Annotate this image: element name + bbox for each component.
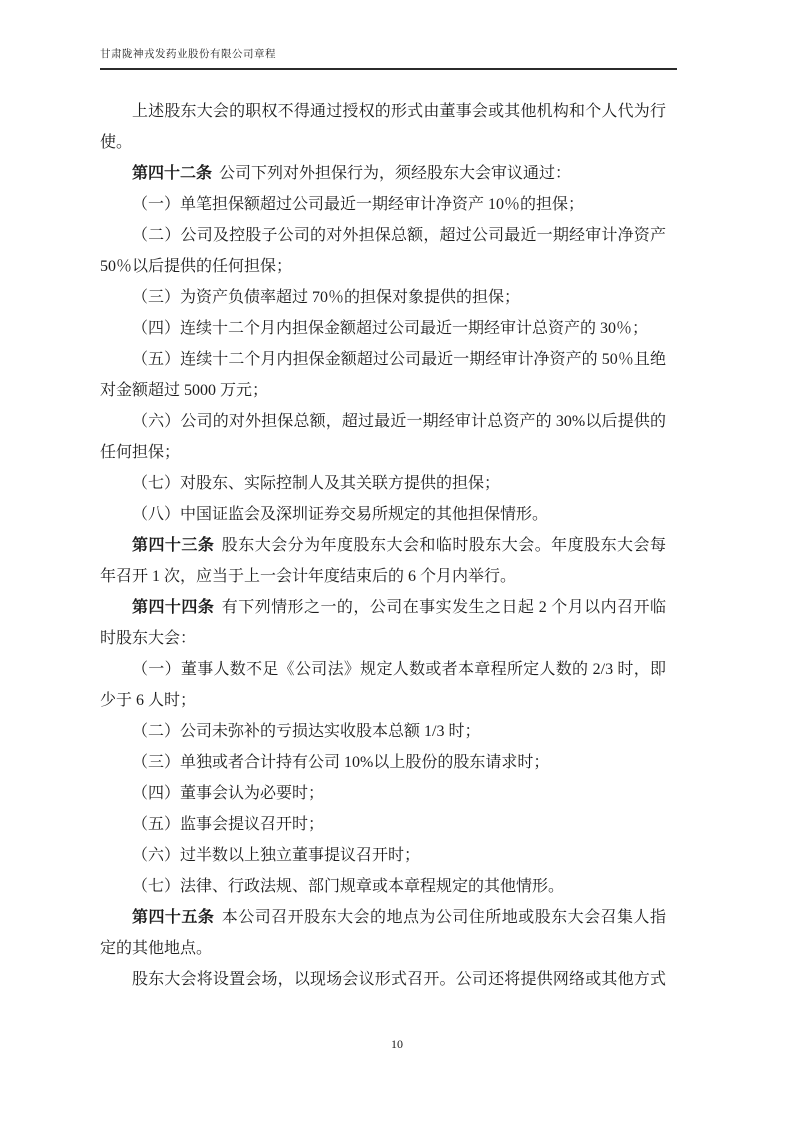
paragraph: 上述股东大会的职权不得通过授权的形式由董事会或其他机构和个人代为行使。	[100, 96, 666, 158]
paragraph: 股东大会将设置会场，以现场会议形式召开。公司还将提供网络或其他方式	[100, 964, 666, 995]
paragraph-text: （六）过半数以上独立董事提议召开时；	[132, 847, 420, 864]
paragraph-text: （三）单独或者合计持有公司 10%以上股份的股东请求时；	[132, 754, 549, 771]
paragraph: （七）对股东、实际控制人及其关联方提供的担保；	[100, 468, 666, 499]
paragraph: （三）单独或者合计持有公司 10%以上股份的股东请求时；	[100, 747, 666, 778]
article-number: 第四十二条	[132, 165, 212, 182]
paragraph: （五）监事会提议召开时；	[100, 809, 666, 840]
paragraph-text: （五）监事会提议召开时；	[132, 816, 324, 833]
paragraph-text: （七）法律、行政法规、部门规章或本章程规定的其他情形。	[132, 878, 564, 895]
paragraph: （六）公司的对外担保总额，超过最近一期经审计总资产的 30%以后提供的任何担保；	[100, 406, 666, 468]
paragraph: 第四十三条 股东大会分为年度股东大会和临时股东大会。年度股东大会每年召开 1 次…	[100, 530, 666, 592]
paragraph-text: 公司下列对外担保行为，须经股东大会审议通过：	[215, 165, 571, 182]
article-number: 第四十五条	[132, 909, 214, 926]
page-footer: 10	[0, 1036, 794, 1052]
paragraph-text: （七）对股东、实际控制人及其关联方提供的担保；	[132, 475, 500, 492]
paragraph: （五）连续十二个月内担保金额超过公司最近一期经审计净资产的 50％且绝对金额超过…	[100, 344, 666, 406]
header-title: 甘肃陇神戎发药业股份有限公司章程	[100, 49, 276, 60]
paragraph-text: （八）中国证监会及深圳证券交易所规定的其他担保情形。	[132, 506, 548, 523]
paragraph-text: （四）董事会认为必要时；	[132, 785, 324, 802]
paragraph: （八）中国证监会及深圳证券交易所规定的其他担保情形。	[100, 499, 666, 530]
paragraph: （四）连续十二个月内担保金额超过公司最近一期经审计总资产的 30％；	[100, 313, 666, 344]
paragraph: （二）公司及控股子公司的对外担保总额，超过公司最近一期经审计净资产 50％以后提…	[100, 220, 666, 282]
paragraph: （一）单笔担保额超过公司最近一期经审计净资产 10％的担保；	[100, 189, 666, 220]
paragraph-text: （五）连续十二个月内担保金额超过公司最近一期经审计净资产的 50％且绝对金额超过…	[100, 351, 666, 399]
paragraph-text: （二）公司及控股子公司的对外担保总额，超过公司最近一期经审计净资产 50％以后提…	[100, 227, 666, 275]
paragraph-text: 上述股东大会的职权不得通过授权的形式由董事会或其他机构和个人代为行使。	[100, 103, 666, 151]
paragraph: （四）董事会认为必要时；	[100, 778, 666, 809]
paragraph-text: 股东大会将设置会场，以现场会议形式召开。公司还将提供网络或其他方式	[132, 971, 666, 988]
paragraph: （七）法律、行政法规、部门规章或本章程规定的其他情形。	[100, 871, 666, 902]
paragraph-text: （六）公司的对外担保总额，超过最近一期经审计总资产的 30%以后提供的任何担保；	[100, 413, 666, 461]
paragraph: （二）公司未弥补的亏损达实收股本总额 1/3 时；	[100, 716, 666, 747]
article-number: 第四十四条	[132, 599, 214, 616]
paragraph-text: （二）公司未弥补的亏损达实收股本总额 1/3 时；	[132, 723, 480, 740]
paragraph: （六）过半数以上独立董事提议召开时；	[100, 840, 666, 871]
paragraph: 第四十二条 公司下列对外担保行为，须经股东大会审议通过：	[100, 158, 666, 189]
paragraph-text: （一）单笔担保额超过公司最近一期经审计净资产 10％的担保；	[132, 196, 584, 213]
page-number: 10	[391, 1037, 403, 1051]
article-number: 第四十三条	[132, 537, 214, 554]
paragraph-text: （四）连续十二个月内担保金额超过公司最近一期经审计总资产的 30％；	[132, 320, 648, 337]
document-body: 上述股东大会的职权不得通过授权的形式由董事会或其他机构和个人代为行使。 第四十二…	[100, 96, 666, 995]
paragraph: （一）董事人数不足《公司法》规定人数或者本章程所定人数的 2/3 时，即少于 6…	[100, 654, 666, 716]
paragraph: 第四十四条 有下列情形之一的，公司在事实发生之日起 2 个月以内召开临时股东大会…	[100, 592, 666, 654]
paragraph-text: （三）为资产负债率超过 70％的担保对象提供的担保；	[132, 289, 520, 306]
paragraph-text: （一）董事人数不足《公司法》规定人数或者本章程所定人数的 2/3 时，即少于 6…	[100, 661, 666, 709]
paragraph: （三）为资产负债率超过 70％的担保对象提供的担保；	[100, 282, 666, 313]
page-header: 甘肃陇神戎发药业股份有限公司章程	[100, 48, 677, 70]
paragraph: 第四十五条 本公司召开股东大会的地点为公司住所地或股东大会召集人指定的其他地点。	[100, 902, 666, 964]
document-page: 甘肃陇神戎发药业股份有限公司章程 上述股东大会的职权不得通过授权的形式由董事会或…	[0, 0, 794, 1122]
